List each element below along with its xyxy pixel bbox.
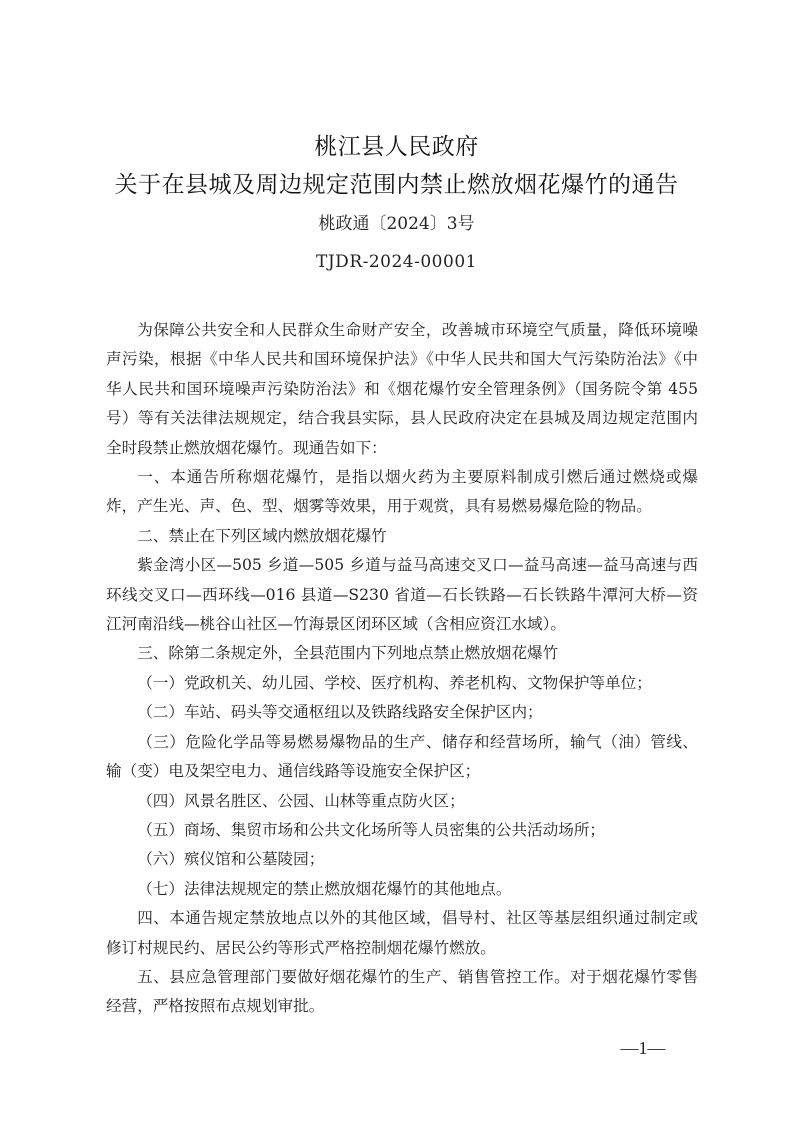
article-3-item-2: （二）车站、码头等交通枢纽以及铁路线路安全保护区内； (106, 698, 698, 727)
document-page: 桃江县人民政府 关于在县城及周边规定范围内禁止燃放烟花爆竹的通告 桃政通〔202… (0, 0, 793, 1122)
title-block: 桃江县人民政府 关于在县城及周边规定范围内禁止燃放烟花爆竹的通告 桃政通〔202… (0, 128, 793, 274)
article-4: 四、本通告规定禁放地点以外的其他区域，倡导村、社区等基层组织通过制定或修订村规民… (106, 904, 698, 963)
article-2-heading: 二、禁止在下列区域内燃放烟花爆竹 (106, 522, 698, 551)
page-number: —1— (612, 1036, 674, 1060)
document-body: 为保障公共安全和人民群众生命财产安全，改善城市环境空气质量，降低环境噪声污染，根… (106, 316, 698, 1022)
article-3-item-4: （四）风景名胜区、公园、山林等重点防火区； (106, 787, 698, 816)
article-3-heading: 三、除第二条规定外，全县范围内下列地点禁止燃放烟花爆竹 (106, 639, 698, 668)
article-2-area: 紫金湾小区—505 乡道—505 乡道与益马高速交叉口—益马高速—益马高速与西环… (106, 551, 698, 639)
article-3-item-1: （一）党政机关、幼儿园、学校、医疗机构、养老机构、文物保护等单位； (106, 669, 698, 698)
article-3-item-5: （五）商场、集贸市场和公共文化场所等人员密集的公共活动场所； (106, 816, 698, 845)
article-5: 五、县应急管理部门要做好烟花爆竹的生产、销售管控工作。对于烟花爆竹零售经营，严格… (106, 963, 698, 1022)
article-1: 一、本通告所称烟花爆竹，是指以烟火药为主要原料制成引燃后通过燃烧或爆炸，产生光、… (106, 463, 698, 522)
article-3-item-3: （三）危险化学品等易燃易爆物品的生产、储存和经营场所，输气（油）管线、输（变）电… (106, 728, 698, 787)
document-number: 桃政通〔2024〕3号 (0, 212, 793, 236)
notice-title: 关于在县城及周边规定范围内禁止燃放烟花爆竹的通告 (0, 166, 793, 204)
issuer-title: 桃江县人民政府 (0, 128, 793, 166)
preamble-paragraph: 为保障公共安全和人民群众生命财产安全，改善城市环境空气质量，降低环境噪声污染，根… (106, 316, 698, 463)
article-3-item-7: （七）法律法规规定的禁止燃放烟花爆竹的其他地点。 (106, 875, 698, 904)
article-3-item-6: （六）殡仪馆和公墓陵园； (106, 845, 698, 874)
registration-code: TJDR-2024-00001 (0, 250, 793, 274)
